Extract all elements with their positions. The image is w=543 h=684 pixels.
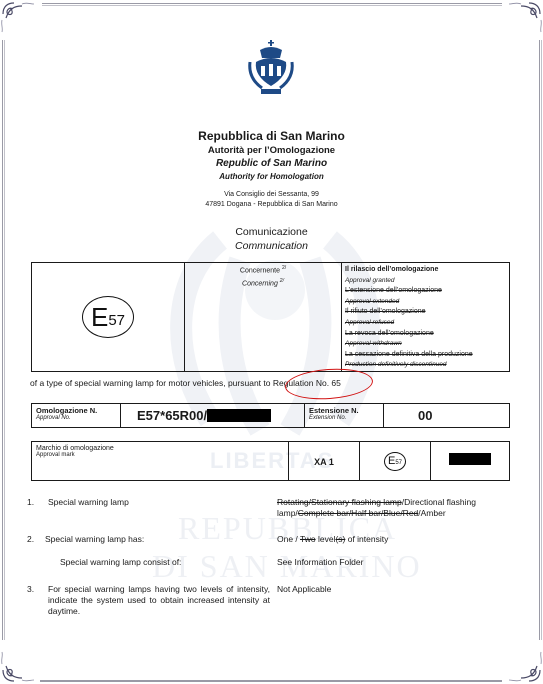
- mark-code-cell: XA 1: [289, 442, 360, 481]
- struck-option: (s): [335, 534, 345, 544]
- address-line-1: Via Consiglio dei Sessanta, 99: [0, 191, 543, 198]
- authority-it: Autorità per l’Omologazione: [0, 145, 543, 156]
- ornament-corner-top-left-icon: [0, 0, 34, 34]
- address-line-2: 47891 Dogana - Repubblica di San Marino: [0, 201, 543, 208]
- ornament-corner-bottom-left-icon: [0, 650, 34, 684]
- e-mark-cell: E57: [32, 263, 185, 372]
- selected-option: One /: [277, 534, 300, 544]
- status-option: Approval granted: [345, 276, 509, 287]
- regulation-prefix: of a type of special warning lamp for mo…: [30, 378, 273, 388]
- struck-option: Rotating/Stationary flashing lamp: [277, 497, 402, 507]
- approval-label-it: Omologazione N.: [36, 406, 116, 415]
- status-option: La revoca dell’omologazione: [345, 329, 509, 340]
- extension-number-cell: 00: [384, 404, 510, 428]
- approval-number-table: Omologazione N. Approval No. E57*65R00/ …: [31, 403, 510, 428]
- extension-label-cell: Estensione N. Extension No.: [305, 404, 384, 428]
- item-2b-label: Special warning lamp consist of:: [60, 557, 181, 568]
- status-options-list: Il rilascio dell’omologazioneApproval gr…: [342, 263, 509, 371]
- status-cell: Il rilascio dell’omologazioneApproval gr…: [342, 263, 510, 372]
- item-3-number: 3.: [27, 584, 34, 595]
- mark-label-cell: Marchio di omologazione Approval mark: [32, 442, 289, 481]
- ornament-corner-bottom-right-icon: [509, 650, 543, 684]
- approval-number-redaction: [207, 409, 271, 422]
- selected-option: of intensity: [345, 534, 388, 544]
- ornament-corner-top-right-icon: [509, 0, 543, 34]
- e-mark-icon: E57: [82, 296, 134, 338]
- mark-redaction: [449, 453, 491, 465]
- status-option: Approval refused: [345, 318, 509, 329]
- mark-code: XA 1: [314, 457, 334, 467]
- approval-label-cell: Omologazione N. Approval No.: [32, 404, 121, 428]
- concerning-en: Concerning: [242, 281, 278, 288]
- item-3-value: Not Applicable: [277, 584, 507, 595]
- approval-status-table: E57 Concernente 2/ Concerning 2/ Il rila…: [31, 262, 510, 372]
- approval-number: E57*65R00/: [137, 408, 207, 423]
- selected-option: level: [316, 534, 336, 544]
- mark-redacted-cell: [431, 442, 510, 481]
- mark-emblem-cell: E57: [360, 442, 431, 481]
- item-1-value: Rotating/Stationary flashing lamp/Direct…: [277, 497, 507, 519]
- item-2-value: One / Two level(s) of intensity: [277, 534, 507, 545]
- e-mark-small-icon: E57: [384, 452, 406, 471]
- item-1-number: 1.: [27, 497, 34, 508]
- concerning-it: Concernente: [240, 267, 280, 274]
- struck-option: Complete bar/Half bar/Blue/Red: [298, 508, 418, 518]
- selected-option: See Information Folder: [277, 557, 363, 567]
- item-2-label: Special warning lamp has:: [45, 534, 144, 545]
- doc-type-en: Communication: [0, 240, 543, 252]
- struck-option: Two: [300, 534, 316, 544]
- mark-label-en: Approval mark: [36, 452, 284, 458]
- authority-en: Authority for Homologation: [0, 172, 543, 181]
- concerning-cell: Concernente 2/ Concerning 2/: [185, 263, 342, 372]
- item-1-label: Special warning lamp: [48, 497, 129, 508]
- frame-top-line: [42, 3, 502, 4]
- frame-top-line-2: [42, 5, 502, 6]
- approval-mark-table: Marchio di omologazione Approval mark XA…: [31, 441, 510, 481]
- status-option: Approval withdrawn: [345, 339, 509, 350]
- status-option: Production definitively discontinued: [345, 360, 509, 371]
- country-title-en: Republic of San Marino: [0, 158, 543, 169]
- item-2b-value: See Information Folder: [277, 557, 507, 568]
- status-option: Il rilascio dell’omologazione: [345, 265, 509, 276]
- san-marino-crest-icon: [246, 40, 296, 100]
- extension-label-it: Estensione N.: [309, 406, 379, 415]
- mark-label-it: Marchio di omologazione: [36, 445, 284, 452]
- country-title: Repubblica di San Marino: [0, 129, 543, 143]
- status-option: L’estensione dell’omologazione: [345, 286, 509, 297]
- status-option: Il rifiuto dell’omologazione: [345, 307, 509, 318]
- item-3-label: For special warning lamps having two lev…: [48, 584, 270, 617]
- frame-bottom-line: [40, 680, 502, 682]
- doc-type-it: Comunicazione: [0, 226, 543, 238]
- extension-label-en: Extension No.: [309, 415, 379, 421]
- item-2-number: 2.: [27, 534, 34, 545]
- status-option: Approval extended: [345, 297, 509, 308]
- selected-option: Not Applicable: [277, 584, 331, 594]
- selected-option: /Amber: [418, 508, 445, 518]
- status-option: La cessazione definitiva della produzion…: [345, 350, 509, 361]
- approval-label-en: Approval No.: [36, 415, 116, 421]
- extension-number: 00: [418, 408, 432, 423]
- approval-number-cell: E57*65R00/: [121, 404, 305, 428]
